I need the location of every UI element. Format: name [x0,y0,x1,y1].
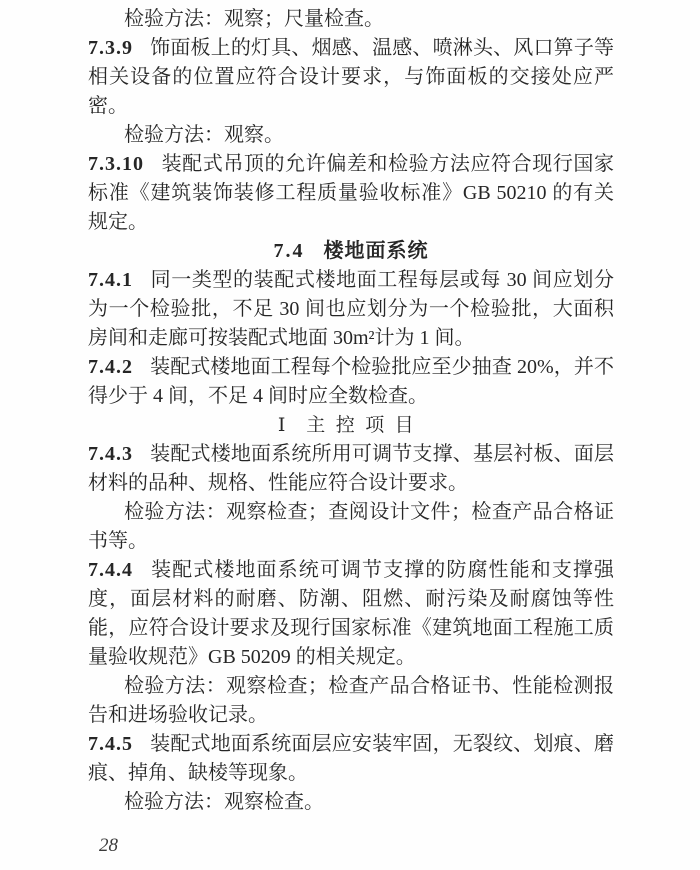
clause-text: 饰面板上的灯具、烟感、温感、喷淋头、风口箅子等相关设备的位置应符合设计要求，与饰… [88,37,614,117]
method-line: 检验方法：观察检查。 [88,788,614,817]
clause-number: 7.3.9 [88,37,133,59]
subheading-title: 主控项目 [306,415,424,436]
clause-number: 7.4.1 [88,269,133,291]
clause-text: 装配式地面系统面层应安装牢固，无裂纹、划痕、磨痕、掉角、缺棱等现象。 [88,733,614,784]
section-heading-7-4: 7.4楼地面系统 [88,237,614,266]
method-line: 检验方法：观察检查；检查产品合格证书、性能检测报告和进场验收记录。 [88,672,614,730]
subheading-roman-numeral: Ⅰ [278,415,286,436]
document-page: 检验方法：观察；尺量检查。 7.3.9饰面板上的灯具、烟感、温感、喷淋头、风口箅… [0,0,700,870]
section-title: 楼地面系统 [324,240,429,262]
clause-7-4-2: 7.4.2装配式楼地面工程每个检验批应至少抽查 20%，并不得少于 4 间，不足… [88,353,614,411]
clause-7-4-3: 7.4.3装配式楼地面系统所用可调节支撑、基层衬板、面层材料的品种、规格、性能应… [88,440,614,498]
clause-number: 7.3.10 [88,153,144,175]
clause-number: 7.4.5 [88,733,133,755]
clause-7-4-5: 7.4.5装配式地面系统面层应安装牢固，无裂纹、划痕、磨痕、掉角、缺棱等现象。 [88,730,614,788]
section-number: 7.4 [274,240,305,262]
method-line: 检验方法：观察；尺量检查。 [88,5,614,34]
clause-7-3-9: 7.3.9饰面板上的灯具、烟感、温感、喷淋头、风口箅子等相关设备的位置应符合设计… [88,34,614,121]
clause-number: 7.4.4 [88,559,133,581]
clause-text: 同一类型的装配式楼地面工程每层或每 30 间应划分为一个检验批，不足 30 间也… [88,269,614,349]
clause-7-4-1: 7.4.1同一类型的装配式楼地面工程每层或每 30 间应划分为一个检验批，不足 … [88,266,614,353]
method-line: 检验方法：观察。 [88,121,614,150]
clause-text: 装配式楼地面系统所用可调节支撑、基层衬板、面层材料的品种、规格、性能应符合设计要… [88,443,614,494]
clause-7-3-10: 7.3.10装配式吊顶的允许偏差和检验方法应符合现行国家标准《建筑装饰装修工程质… [88,150,614,237]
clause-number: 7.4.3 [88,443,133,465]
clause-text: 装配式吊顶的允许偏差和检验方法应符合现行国家标准《建筑装饰装修工程质量验收标准》… [88,153,614,233]
clause-text: 装配式楼地面系统可调节支撑的防腐性能和支撑强度，面层材料的耐磨、防潮、阻燃、耐污… [88,559,614,668]
clause-number: 7.4.2 [88,356,133,378]
document-body: 检验方法：观察；尺量检查。 7.3.9饰面板上的灯具、烟感、温感、喷淋头、风口箅… [88,5,614,817]
subheading-master-control-items: Ⅰ主控项目 [88,411,614,440]
clause-7-4-4: 7.4.4装配式楼地面系统可调节支撑的防腐性能和支撑强度，面层材料的耐磨、防潮、… [88,556,614,672]
method-line: 检验方法：观察检查；查阅设计文件；检查产品合格证书等。 [88,498,614,556]
clause-text: 装配式楼地面工程每个检验批应至少抽查 20%，并不得少于 4 间，不足 4 间时… [88,356,614,407]
page-number: 28 [99,835,118,857]
